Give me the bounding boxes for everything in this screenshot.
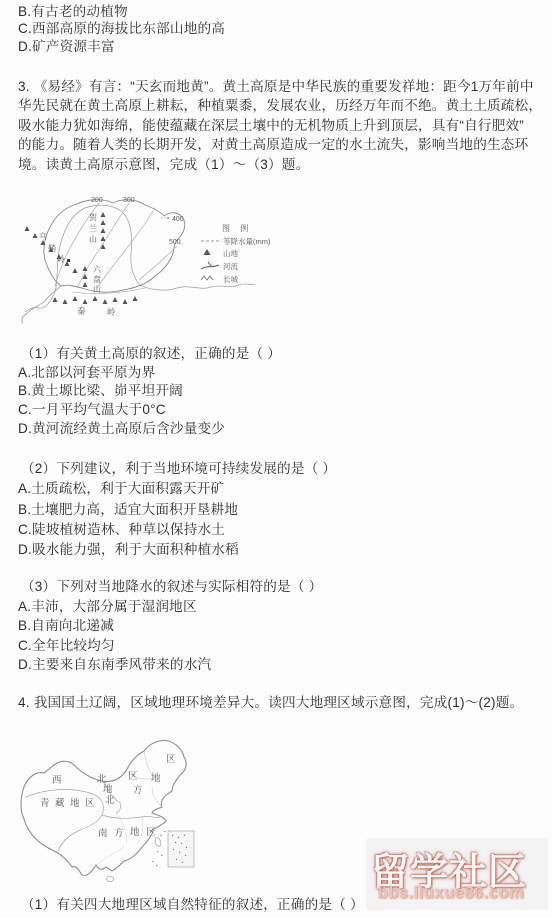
option-line: C.一月平均气温大于0°C: [18, 401, 544, 420]
question-title: （2）下列建议，利于当地环境可持续发展的是（ ）: [18, 459, 544, 479]
isohyet-500: [139, 246, 177, 280]
option-line: C.陡坡植树造林、种草以保持水土: [18, 520, 544, 540]
question-3-1: （1）有关黄土高原的叙述，正确的是（ ） A.北部以河套平原为界 B.黄土塬比梁…: [18, 345, 544, 439]
option-line: D.矿产资源丰富: [18, 38, 544, 55]
contour-label: 300: [123, 197, 135, 204]
text-line: 吸水能力犹如海绵，能使蕴藏在深层土壤中的无机物质上升到顶层，具有“自行肥效”: [18, 116, 544, 135]
mountain-label-char: 山: [89, 234, 97, 244]
map-legend: 图 例 等降水量(mm) 山地 河流 长城: [201, 223, 271, 284]
isohyet-400: [97, 208, 155, 288]
mountain-label-char: 兰: [89, 223, 97, 233]
hainan-island: [107, 876, 114, 882]
region-label-char: 地: [151, 772, 161, 784]
mountain-label-char: 岭: [107, 307, 116, 317]
region-label-char: 方: [133, 784, 143, 796]
contour-label: 500: [169, 239, 181, 246]
watermark-url: bbs.liuxue86.com: [378, 884, 524, 903]
great-wall-icon: [201, 276, 213, 280]
river-icon: [201, 262, 219, 269]
contour-label: 400: [172, 216, 184, 223]
legend-label: 长城: [223, 274, 238, 284]
region-label-char: 地: [130, 826, 140, 838]
legend-label: 山地: [223, 248, 238, 258]
loess-plateau-map: 200 300 400 500 乌 鞘 岭 贺 兰 山 六 盘 山 秦 岭 图 …: [15, 196, 305, 338]
question-3-2: （2）下列建议，利于当地环境可持续发展的是（ ） A.土质疏松，利于大面积露天开…: [18, 459, 544, 560]
text-line: 4. 我国国土辽阔，区域地理环境差异大。读四大地理区域示意图，完成(1)～(2)…: [18, 694, 544, 711]
legend-label: 等降水量(mm): [223, 236, 271, 246]
mountain-label-char: 乌: [39, 231, 47, 241]
option-line: D.主要来自东南季风带来的水汽: [18, 655, 544, 675]
region-label-char: 方: [114, 827, 124, 839]
option-line: C.全年比较均匀: [18, 636, 544, 656]
legend-label: 河流: [223, 261, 238, 271]
question-4-intro: 4. 我国国土辽阔，区域地理环境差异大。读四大地理区域示意图，完成(1)～(2)…: [18, 694, 544, 711]
option-line: A.土质疏松，利于大面积露天开矿: [18, 479, 544, 499]
region-label-char: 南: [98, 827, 108, 839]
region-label-char: 地: [70, 797, 80, 809]
mountain-icon: [204, 249, 211, 255]
mountain-label-char: 秦: [77, 306, 86, 316]
province-lines: [96, 813, 143, 865]
option-line: A.北部以河套平原为界: [18, 364, 544, 383]
question-title: （1）有关黄土高原的叙述，正确的是（ ）: [18, 345, 544, 364]
arrow-icon: [161, 217, 169, 220]
region-label-char: 区: [166, 754, 176, 765]
mountain-label-char: 盘: [93, 274, 101, 284]
region-label-char: 区: [128, 771, 138, 782]
mountain-label-char: 岭: [57, 254, 65, 264]
mountain-label-char: 贺: [89, 212, 98, 222]
text-line: 3. 《易经》有言：“天玄而地黄”。黄土高原是中华民族的重要发祥地：距今1万年前…: [18, 77, 544, 96]
question-3-intro: 3. 《易经》有言：“天玄而地黄”。黄土高原是中华民族的重要发祥地：距今1万年前…: [18, 77, 544, 174]
exam-page: B.有古老的动植物 C.西部高原的海拔比东部山地的高 D.矿产资源丰富 3. 《…: [0, 0, 552, 917]
legend-title: 图 例: [222, 223, 252, 233]
option-line: B.自南向北递减: [18, 616, 544, 636]
option-line: B.有古老的动植物: [18, 3, 544, 20]
city-marker: [67, 259, 70, 262]
taiwan-island: [154, 837, 162, 847]
region-label-char: 区: [85, 798, 95, 809]
text-line: 的能力。随着人类的长期开发，对黄土高原造成一定的水土流失，影响当地的生态环: [18, 135, 544, 154]
text-line: 华先民就在黄土高原上耕耘，种植粟黍，发展农业，历经万年而不绝。黄土土质疏松，: [18, 96, 544, 115]
plateau-boundary: [44, 200, 185, 292]
text-line: 境。读黄土高原示意图，完成（1）～（3）题。: [18, 155, 544, 174]
question-3-3: （3）下列对当地降水的叙述与实际相符的是（ ） A.丰沛，大部分属于湿润地区 B…: [18, 577, 544, 675]
question-2-options: B.有古老的动植物 C.西部高原的海拔比东部山地的高 D.矿产资源丰富: [18, 3, 544, 55]
option-line: B.土壤肥力高，适宜大面积开垦耕地: [18, 500, 544, 520]
option-line: C.西部高原的海拔比东部山地的高: [18, 20, 544, 37]
mountain-label-char: 山: [93, 284, 101, 294]
option-line: D.吸水能力强，利于大面积种植水稻: [18, 540, 544, 560]
mountain-label-char: 六: [93, 264, 102, 274]
region-label-char: 藏: [55, 797, 65, 809]
region-label-char: 西: [52, 775, 62, 786]
region-label-char: 地: [103, 783, 113, 795]
region-label-char: 青: [40, 797, 50, 809]
qinling-ridge: [53, 296, 138, 304]
region-label-char: 区: [146, 827, 156, 838]
china-regions-map: 西 北 地 区 北 方 地 区 青 藏 地 区 南 方 地 区: [10, 735, 250, 910]
option-line: D.黄河流经黄土高原后含沙量变少: [18, 420, 544, 439]
option-line: B.黄土塬比梁、峁平坦开阔: [18, 382, 544, 401]
south-china-sea-inset: [168, 831, 194, 867]
contour-label: 200: [91, 197, 103, 204]
question-title: （3）下列对当地降水的叙述与实际相符的是（ ）: [18, 577, 544, 597]
qinling-huaihe-line: [102, 815, 160, 818]
region-label-char: 北: [105, 794, 115, 806]
mountain-label-char: 鞘: [48, 243, 56, 253]
option-line: A.丰沛，大部分属于湿润地区: [18, 597, 544, 617]
